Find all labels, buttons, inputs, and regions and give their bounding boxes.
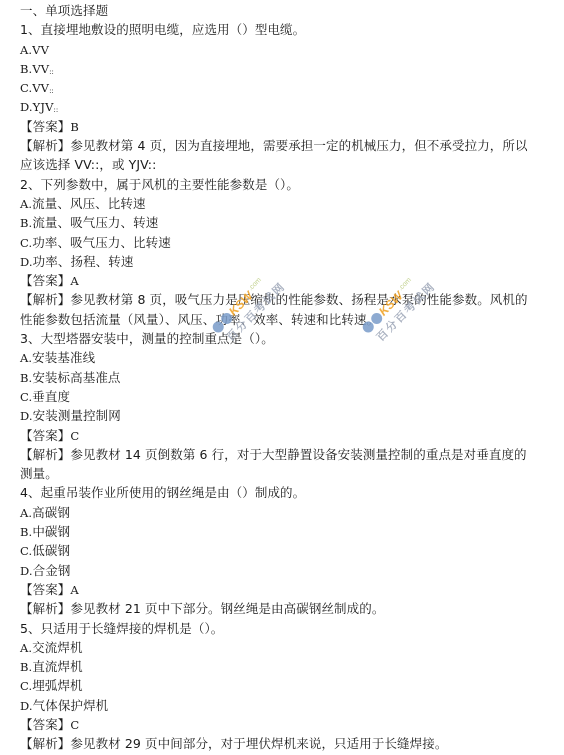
option-d: D.安装测量控制网 (20, 406, 556, 425)
analysis: 【解析】参见教材 29 页中间部分，对于埋伏焊机来说，只适用于长缝焊接。 (20, 734, 556, 753)
answer: 【答案】C (20, 426, 556, 445)
question-stem: 3、大型塔器安装中，测量的控制重点是（）。 (20, 329, 556, 348)
answer-value: C (70, 429, 79, 443)
answer-value: A (70, 583, 78, 597)
option-c: C.低碳钢 (20, 541, 556, 560)
answer-tag: 【答案】 (20, 273, 70, 288)
option-c: C.VV:: (20, 78, 556, 97)
analysis-continued: 测量。 (20, 464, 556, 483)
analysis-continued: 应该选择 VV::，或 YJV:: (20, 155, 556, 174)
answer: 【答案】B (20, 117, 556, 136)
analysis: 【解析】参见教材 14 页倒数第 6 行，对于大型静置设备安装测量控制的重点是对… (20, 445, 556, 464)
option-b: B.直流焊机 (20, 657, 556, 676)
exam-document: 一、单项选择题 1、直接埋地敷设的照明电缆，应选用（）型电缆。 A.VV B.V… (20, 1, 556, 754)
option-a: A.VV (20, 40, 556, 59)
option-a: A.流量、风压、比转速 (20, 194, 556, 213)
analysis-tag: 【解析】 (20, 736, 70, 751)
subscript: :: (53, 106, 58, 114)
option-d: D.YJV:: (20, 97, 556, 116)
option-b: B.VV:: (20, 59, 556, 78)
analysis-tag: 【解析】 (20, 601, 70, 616)
analysis-continued: 性能参数包括流量（风量）、风压、功率、效率、转速和比转速。 (20, 310, 556, 329)
question-stem: 4、起重吊装作业所使用的钢丝绳是由（）制成的。 (20, 483, 556, 502)
analysis-text: 参见教材第 8 页，吸气压力是压缩机的性能参数、扬程是水泵的性能参数。风机的 (70, 292, 527, 307)
analysis: 【解析】参见教材第 8 页，吸气压力是压缩机的性能参数、扬程是水泵的性能参数。风… (20, 290, 556, 309)
option-d: D.合金钢 (20, 561, 556, 580)
answer-value: A (70, 274, 78, 288)
option-c: C.功率、吸气压力、比转速 (20, 233, 556, 252)
analysis-text: 参见教材 14 页倒数第 6 行，对于大型静置设备安装测量控制的重点是对垂直度的 (70, 447, 526, 462)
analysis-text: 参见教材第 4 页，因为直接埋地，需要承担一定的机械压力，但不承受拉力，所以 (70, 138, 527, 153)
question-5: 5、只适用于长缝焊接的焊机是（）。 A.交流焊机 B.直流焊机 C.埋弧焊机 D… (20, 619, 556, 754)
question-stem: 1、直接埋地敷设的照明电缆，应选用（）型电缆。 (20, 20, 556, 39)
analysis-text: 参见教材 29 页中间部分，对于埋伏焊机来说，只适用于长缝焊接。 (70, 736, 447, 751)
option-d: D.功率、扬程、转速 (20, 252, 556, 271)
question-stem: 5、只适用于长缝焊接的焊机是（）。 (20, 619, 556, 638)
question-1: 1、直接埋地敷设的照明电缆，应选用（）型电缆。 A.VV B.VV:: C.VV… (20, 20, 556, 174)
question-stem: 2、下列参数中，属于风机的主要性能参数是（）。 (20, 175, 556, 194)
option-c: C.垂直度 (20, 387, 556, 406)
option-a: A.交流焊机 (20, 638, 556, 657)
section-title: 一、单项选择题 (20, 1, 556, 20)
analysis: 【解析】参见教材 21 页中下部分。钢丝绳是由高碳钢丝制成的。 (20, 599, 556, 618)
answer: 【答案】A (20, 271, 556, 290)
question-3: 3、大型塔器安装中，测量的控制重点是（）。 A.安装基准线 B.安装标高基准点 … (20, 329, 556, 483)
option-b: B.流量、吸气压力、转速 (20, 213, 556, 232)
answer-tag: 【答案】 (20, 428, 70, 443)
option-c: C.埋弧焊机 (20, 676, 556, 695)
analysis-tag: 【解析】 (20, 447, 70, 462)
answer-tag: 【答案】 (20, 717, 70, 732)
option-b: B.中碳钢 (20, 522, 556, 541)
answer-tag: 【答案】 (20, 582, 70, 597)
question-2: 2、下列参数中，属于风机的主要性能参数是（）。 A.流量、风压、比转速 B.流量… (20, 175, 556, 329)
subscript: :: (49, 87, 54, 95)
option-a: A.高碳钢 (20, 503, 556, 522)
answer-value: C (70, 718, 79, 732)
answer-value: B (70, 120, 79, 134)
analysis: 【解析】参见教材第 4 页，因为直接埋地，需要承担一定的机械压力，但不承受拉力，… (20, 136, 556, 155)
question-4: 4、起重吊装作业所使用的钢丝绳是由（）制成的。 A.高碳钢 B.中碳钢 C.低碳… (20, 483, 556, 618)
option-b: B.安装标高基准点 (20, 368, 556, 387)
option-a: A.安装基准线 (20, 348, 556, 367)
analysis-tag: 【解析】 (20, 292, 70, 307)
answer: 【答案】C (20, 715, 556, 734)
subscript: :: (49, 68, 54, 76)
analysis-text: 参见教材 21 页中下部分。钢丝绳是由高碳钢丝制成的。 (70, 601, 384, 616)
option-d: D.气体保护焊机 (20, 696, 556, 715)
answer-tag: 【答案】 (20, 119, 70, 134)
analysis-tag: 【解析】 (20, 138, 70, 153)
answer: 【答案】A (20, 580, 556, 599)
